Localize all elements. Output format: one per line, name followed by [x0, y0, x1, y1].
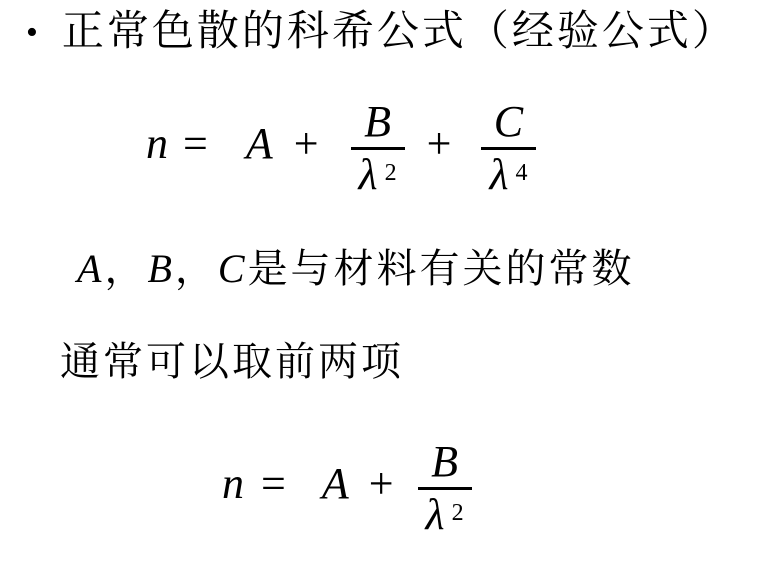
fraction-numerator-b: B	[421, 439, 468, 487]
fraction-denominator-lambda2: λ2	[418, 487, 472, 537]
cauchy-formula: n = A + B λ2 + C λ4	[146, 99, 536, 197]
fraction-denominator-lambda4: λ4	[481, 147, 535, 197]
exponent-2: 2	[452, 500, 464, 526]
var-a: A	[77, 246, 104, 291]
equals-sign: =	[183, 122, 208, 166]
fullwidth-comma: ，	[104, 246, 147, 291]
fraction-numerator-c: C	[484, 99, 533, 147]
equals-sign: =	[261, 462, 286, 506]
exponent-2: 2	[385, 160, 397, 186]
var-n: n	[146, 122, 168, 166]
approximation-line: 通常可以取前两项	[60, 340, 404, 384]
var-a: A	[246, 122, 273, 166]
slide: • 正常色散的科希公式（经验公式） n = A + B λ2 + C λ4 A，…	[0, 0, 781, 584]
fraction-numerator-b: B	[354, 99, 401, 147]
var-a: A	[322, 462, 349, 506]
fraction-b-over-lambda2: B λ2	[351, 99, 405, 197]
constants-text: 是与材料有关的常数	[248, 246, 635, 291]
exponent-4: 4	[516, 160, 528, 186]
fraction-denominator-lambda2: λ2	[351, 147, 405, 197]
var-c: C	[218, 246, 248, 291]
lambda-symbol: λ	[359, 150, 378, 199]
fraction-c-over-lambda4: C λ4	[481, 99, 535, 197]
title-line: • 正常色散的科希公式（经验公式）	[26, 8, 737, 56]
slide-title: 正常色散的科希公式（经验公式）	[62, 8, 737, 56]
two-term-formula: n = A + B λ2	[222, 439, 472, 537]
lambda-symbol: λ	[489, 150, 508, 199]
plus-sign: +	[294, 122, 319, 166]
plus-sign: +	[369, 462, 394, 506]
var-n: n	[222, 462, 244, 506]
fraction-b-over-lambda2: B λ2	[418, 439, 472, 537]
lambda-symbol: λ	[426, 490, 445, 539]
bullet-icon: •	[26, 16, 38, 50]
var-b: B	[147, 246, 174, 291]
plus-sign: +	[427, 122, 452, 166]
constants-explanation-line: A，B，C是与材料有关的常数	[77, 247, 635, 291]
fullwidth-comma: ，	[175, 246, 218, 291]
